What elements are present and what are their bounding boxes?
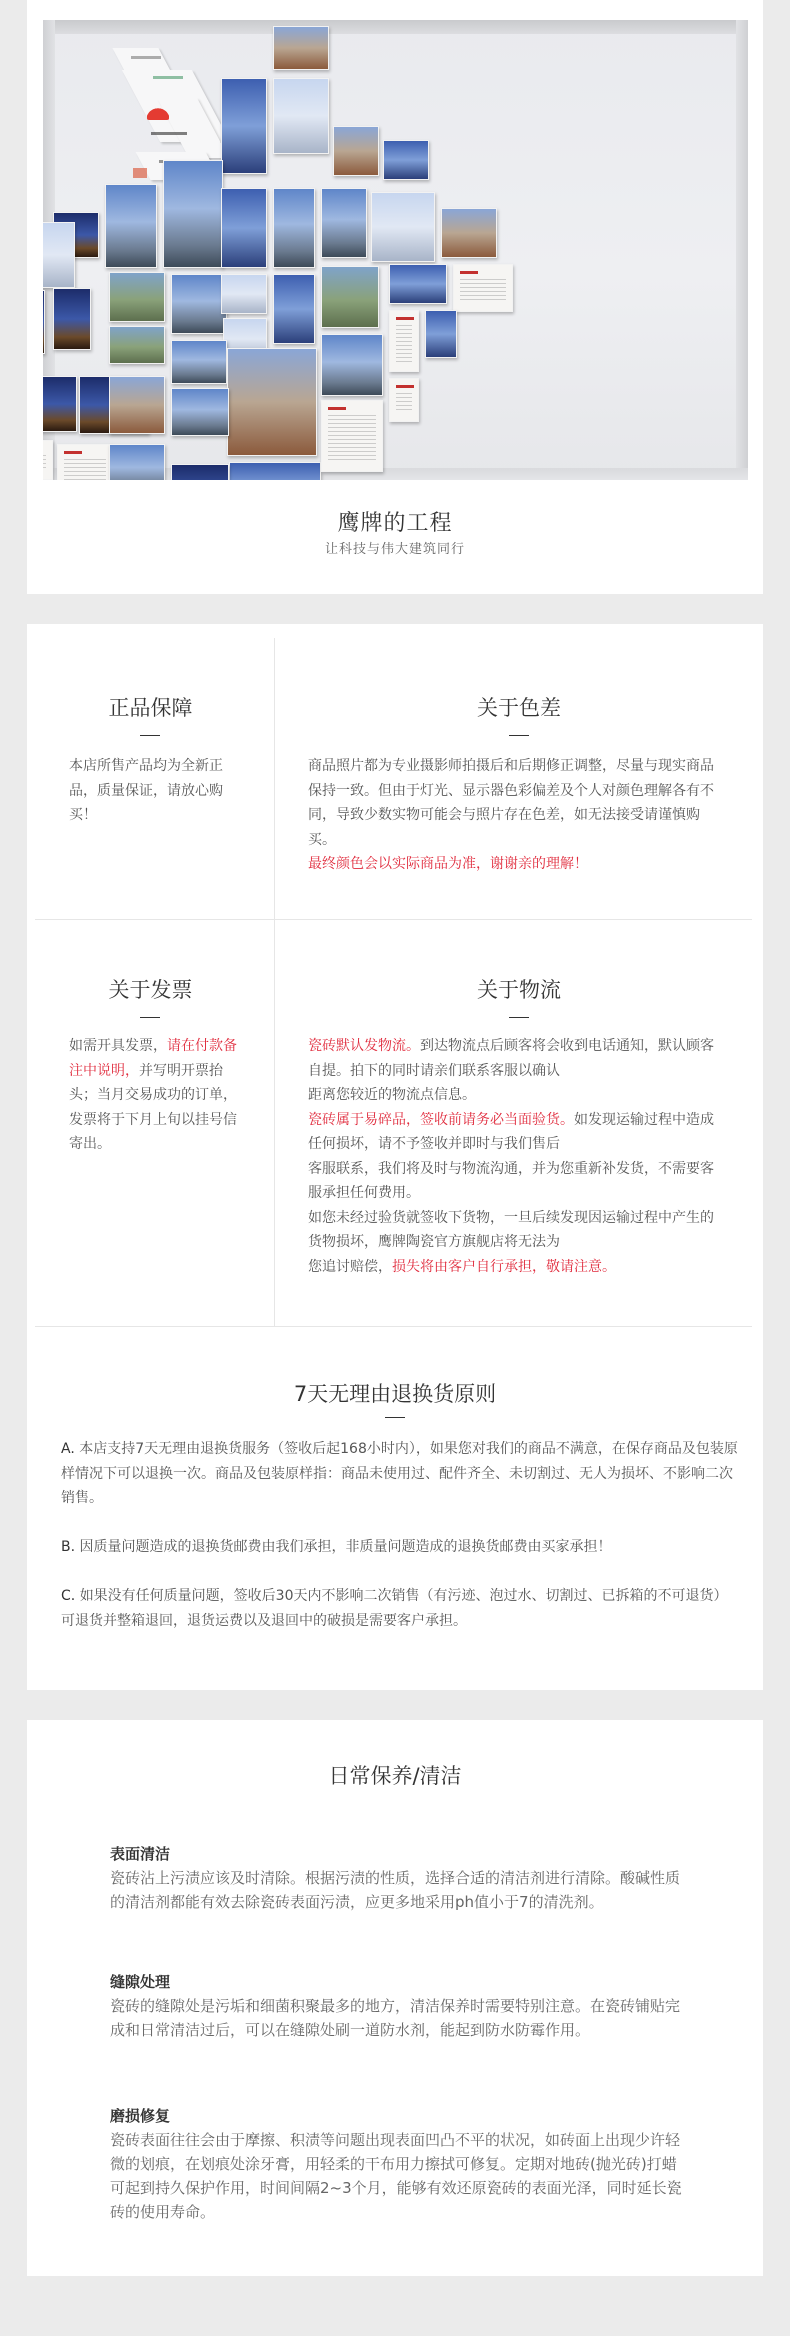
care-heading: 缝隙处理 bbox=[110, 1970, 690, 1994]
project-wall-photo bbox=[43, 20, 748, 480]
logistics-text-2b: 客服联系，我们将及时与物流沟通，并为您重新补发货，不需要客服承担任何费用。 bbox=[308, 1161, 714, 1202]
care-item-grout: 缝隙处理 瓷砖的缝隙处是污垢和细菌积聚最多的地方，清洁保养时需要特别注意。在瓷砖… bbox=[110, 1970, 690, 2042]
color-diff-title: 关于色差 bbox=[275, 692, 763, 722]
care-title: 日常保养/清洁 bbox=[27, 1760, 763, 1790]
huawei-logo-icon bbox=[147, 104, 169, 120]
care-item-surface: 表面清洁 瓷砖沾上污渍应该及时清除。根据污渍的性质，选择合适的清洁剂进行清除。酸… bbox=[110, 1842, 690, 1914]
grid-divider-vertical-1 bbox=[274, 638, 275, 919]
logistics-text-3: 如您未经过验货就签收下货物，一旦后续发现因运输过程中产生的货物损坏，鹰牌陶瓷官方… bbox=[308, 1210, 714, 1251]
photo-frame-top bbox=[43, 20, 748, 34]
color-diff-body: 商品照片都为专业摄影师拍摄后和后期修正调整，尽量与现实商品保持一致。但由于灯光、… bbox=[308, 754, 726, 877]
genuine-body: 本店所售产品均为全新正品，质量保证，请放心购买！ bbox=[69, 754, 247, 828]
rule-text: 如果没有任何质量问题，签收后30天内不影响二次销售（有污迹、泡过水、切割过、已拆… bbox=[61, 1588, 728, 1629]
title-dash bbox=[140, 1017, 160, 1018]
care-text: 瓷砖表面往往会由于摩擦、积渍等问题出现表面凹凸不平的状况，如砖面上出现少许轻微的… bbox=[110, 2128, 690, 2224]
returns-title: 7天无理由退换货原则 bbox=[27, 1378, 763, 1408]
logistics-text-1b: 距离您较近的物流点信息。 bbox=[308, 1087, 476, 1103]
title-dash bbox=[385, 1417, 405, 1418]
rule-a: A. 本店支持7天无理由退换货服务（签收后起168小时内），如果您对我们的商品不… bbox=[61, 1437, 741, 1511]
genuine-title: 正品保障 bbox=[27, 692, 274, 722]
invoice-body: 如需开具发票，请在付款备注中说明，并写明开票抬头；当月交易成功的订单，发票将于下… bbox=[69, 1034, 247, 1157]
title-dash bbox=[140, 735, 160, 736]
grid-divider-horizontal-1 bbox=[35, 919, 752, 920]
rule-label: B. bbox=[61, 1539, 75, 1555]
invoice-title: 关于发票 bbox=[27, 974, 274, 1004]
rule-label: C. bbox=[61, 1588, 75, 1604]
care-card: 日常保养/清洁 表面清洁 瓷砖沾上污渍应该及时清除。根据污渍的性质，选择合适的清… bbox=[27, 1720, 763, 2276]
logistics-text-3b: 您追讨赔偿， bbox=[308, 1259, 392, 1275]
rule-text: 因质量问题造成的退换货邮费由我们承担，非质量问题造成的退换货邮费由买家承担！ bbox=[80, 1539, 612, 1555]
title-dash bbox=[509, 735, 529, 736]
care-text: 瓷砖的缝隙处是污垢和细菌积聚最多的地方，清洁保养时需要特别注意。在瓷砖铺贴完成和… bbox=[110, 1994, 690, 2042]
rule-c: C. 如果没有任何质量问题，签收后30天内不影响二次销售（有污迹、泡过水、切割过… bbox=[61, 1584, 741, 1633]
invoice-text-1: 如需开具发票， bbox=[69, 1038, 167, 1054]
care-heading: 表面清洁 bbox=[110, 1842, 690, 1866]
care-heading: 磨损修复 bbox=[110, 2104, 690, 2128]
logistics-red-3: 损失将由客户自行承担，敬请注意。 bbox=[392, 1259, 616, 1275]
service-info-card: 正品保障 本店所售产品均为全新正品，质量保证，请放心购买！ 关于色差 商品照片都… bbox=[27, 624, 763, 1690]
rule-b: B. 因质量问题造成的退换货邮费由我们承担，非质量问题造成的退换货邮费由买家承担… bbox=[61, 1535, 741, 1560]
hero-title: 鹰牌的工程 bbox=[27, 506, 763, 537]
logistics-title: 关于物流 bbox=[275, 974, 763, 1004]
returns-rules: A. 本店支持7天无理由退换货服务（签收后起168小时内），如果您对我们的商品不… bbox=[61, 1437, 741, 1658]
grid-divider-horizontal-2 bbox=[35, 1326, 752, 1327]
care-text: 瓷砖沾上污渍应该及时清除。根据污渍的性质，选择合适的清洁剂进行清除。酸碱性质的清… bbox=[110, 1866, 690, 1914]
hero-subtitle: 让科技与伟大建筑同行 bbox=[27, 538, 763, 557]
logistics-red-2: 瓷砖属于易碎品，签收前请务必当面验货。 bbox=[308, 1112, 574, 1128]
rule-label: A. bbox=[61, 1441, 75, 1457]
photo-frame-right bbox=[736, 20, 748, 480]
logistics-red-1: 瓷砖默认发物流。 bbox=[308, 1038, 420, 1054]
color-diff-text: 商品照片都为专业摄影师拍摄后和后期修正调整，尽量与现实商品保持一致。但由于灯光、… bbox=[308, 758, 714, 848]
rule-text: 本店支持7天无理由退换货服务（签收后起168小时内），如果您对我们的商品不满意，… bbox=[61, 1441, 738, 1506]
care-item-wear: 磨损修复 瓷砖表面往往会由于摩擦、积渍等问题出现表面凹凸不平的状况，如砖面上出现… bbox=[110, 2104, 690, 2224]
hero-card: 鹰牌的工程 让科技与伟大建筑同行 bbox=[27, 0, 763, 594]
color-diff-note: 最终颜色会以实际商品为准，谢谢亲的理解！ bbox=[308, 856, 588, 872]
logistics-body: 瓷砖默认发物流。到达物流点后顾客将会收到电话通知，默认顾客自提。拍下的同时请亲们… bbox=[308, 1034, 726, 1279]
title-dash bbox=[509, 1017, 529, 1018]
